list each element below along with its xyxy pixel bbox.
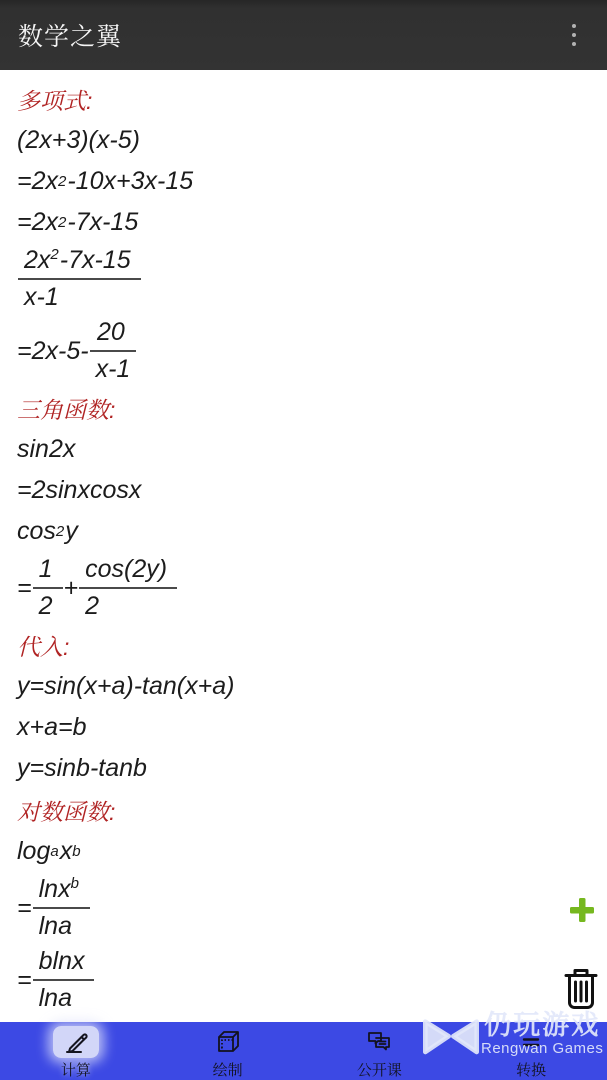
tab-open-class[interactable]: 公开课: [304, 1022, 456, 1080]
plus-icon: [568, 896, 596, 924]
math-line[interactable]: =2x2-10x+3x-15: [0, 161, 607, 202]
tab-label: 公开课: [357, 1059, 402, 1080]
app-bar: 数学之翼: [0, 0, 607, 70]
math-line[interactable]: y=sinb-tanb: [0, 748, 607, 789]
tab-calculate[interactable]: 计算: [0, 1022, 152, 1080]
fraction: lnxblna: [33, 875, 90, 941]
section-heading[interactable]: 对数函数:: [0, 789, 607, 831]
math-content: 多项式:(2x+3)(x-5)=2x2-10x+3x-15=2x2-7x-152…: [0, 70, 607, 1022]
cube-icon: [205, 1026, 251, 1058]
tab-label: 转换: [516, 1059, 546, 1080]
math-line[interactable]: =2sinxcosx: [0, 470, 607, 511]
math-line[interactable]: x+a=b: [0, 707, 607, 748]
page-title: 数学之翼: [18, 17, 122, 53]
pencil-icon: [53, 1026, 99, 1058]
section-heading[interactable]: 代入:: [0, 624, 607, 666]
math-line[interactable]: cos2y: [0, 511, 607, 552]
math-line[interactable]: sin2x: [0, 429, 607, 470]
tab-label: 绘制: [213, 1059, 243, 1080]
kebab-menu-icon[interactable]: [561, 18, 587, 52]
tab-draw[interactable]: 绘制: [152, 1022, 304, 1080]
math-line[interactable]: =12+cos(2y)2: [0, 552, 607, 624]
section-heading[interactable]: 三角函数:: [0, 387, 607, 429]
math-line[interactable]: =lnxblna: [0, 872, 607, 944]
tab-convert[interactable]: 转换: [455, 1022, 607, 1080]
bottom-tab-bar: 计算 绘制 公开课: [0, 1022, 607, 1080]
fraction: 12: [33, 555, 63, 621]
fraction: cos(2y)2: [79, 555, 177, 621]
trash-icon: [562, 967, 600, 1011]
math-line[interactable]: =2x2-7x-15: [0, 202, 607, 243]
swap-icon: [508, 1026, 554, 1058]
section-heading[interactable]: 多项式:: [0, 78, 607, 120]
add-button[interactable]: [568, 896, 596, 924]
math-line[interactable]: 2x2-7x-15x-1: [0, 243, 607, 315]
delete-button[interactable]: [561, 966, 601, 1012]
math-line[interactable]: logaxb: [0, 831, 607, 872]
math-line[interactable]: =blnxlna: [0, 944, 607, 1016]
math-line[interactable]: y=sin(x+a)-tan(x+a): [0, 666, 607, 707]
chat-icon: [356, 1026, 402, 1058]
fraction: 20x-1: [90, 318, 137, 384]
math-line[interactable]: =2x-5-20x-1: [0, 315, 607, 387]
math-line[interactable]: (2x+3)(x-5): [0, 120, 607, 161]
fraction: blnxlna: [33, 947, 95, 1013]
fraction: 2x2-7x-15x-1: [18, 246, 141, 312]
tab-label: 计算: [61, 1059, 91, 1080]
